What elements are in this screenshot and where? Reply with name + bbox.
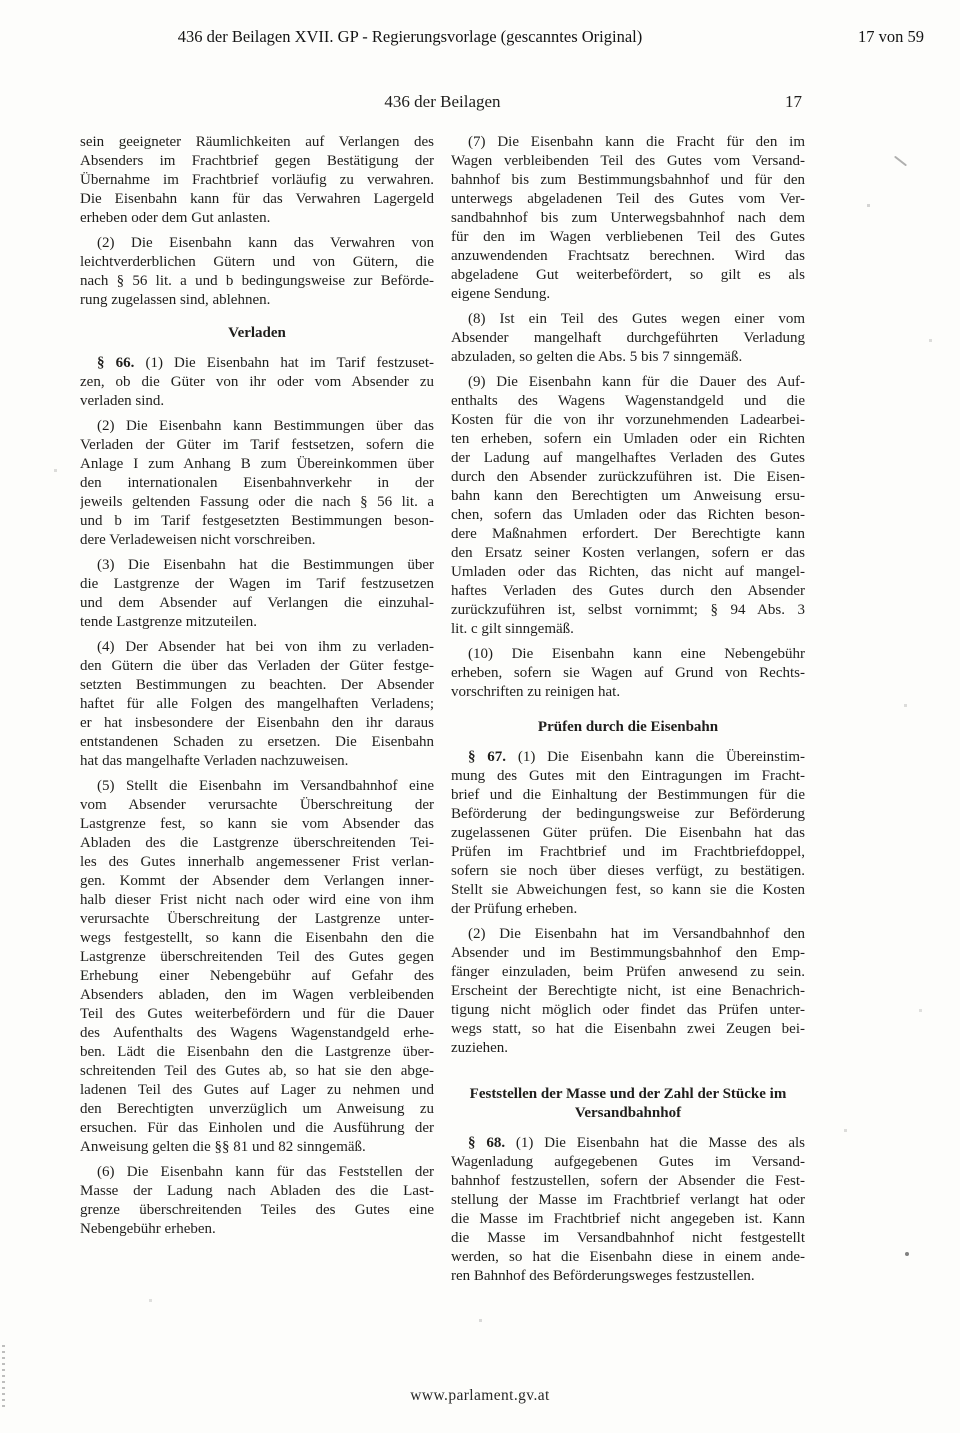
text-line: erheben, sofern sie Wagen auf Grund von …	[451, 664, 805, 683]
text-line: leichtverderblichen Gütern und von Güter…	[80, 253, 434, 272]
section-number: § 66.	[97, 355, 145, 371]
text-line: abzuladen, so gelten die Abs. 5 bis 7 si…	[451, 348, 805, 367]
text-line: ren Bahnhof des Beförderungsweges festzu…	[451, 1267, 805, 1286]
text-line: haftet für alle Folgen des mangelhaften …	[80, 695, 434, 714]
text-line: Erscheint der Berechtigte nicht, ist ein…	[451, 982, 805, 1001]
text-line: (7) Die Eisenbahn kann die Fracht für de…	[451, 133, 805, 152]
text-line: die Masse im Frachtbrief nicht angegeben…	[451, 1210, 805, 1229]
text-line: (3) Die Eisenbahn hat die Bestimmungen ü…	[80, 556, 434, 575]
text-line: Absenders abladen, den im Wagen verbleib…	[80, 986, 434, 1005]
scan-artifact-dot	[905, 1252, 909, 1256]
text-line: dere Maßnahmen erfordert. Der Berechtigt…	[451, 525, 805, 544]
text-line: Verladen	[80, 324, 434, 343]
text-line: sein geeigneter Räumlichkeiten auf Verla…	[80, 133, 434, 152]
text-line: dere Verladeweisen nicht vorschreiben.	[80, 531, 434, 550]
text-line: nach § 56 lit. a und b bedingungsweise z…	[80, 272, 434, 291]
text-line: erheben oder dem Gut anlasten.	[80, 209, 434, 228]
text-line: verursachte Überschreitung der Lastgrenz…	[80, 910, 434, 929]
text-line: Prüfen durch die Eisenbahn	[451, 718, 805, 737]
text-line: die Lastgrenze der Wagen im Tarif festzu…	[80, 575, 434, 594]
text-line: Anlage I zum Anhang B zum Übereinkommen …	[80, 455, 434, 474]
text-line: entstandenen Schaden zu ersetzen. Die Ei…	[80, 733, 434, 752]
text-line: Lastgrenze fest, so kann sie vom Absende…	[80, 815, 434, 834]
scan-artifact-slash	[894, 156, 907, 167]
paragraph: (2) Die Eisenbahn kann Bestimmungen über…	[80, 417, 434, 550]
text-line: (9) Die Eisenbahn kann für die Dauer des…	[451, 373, 805, 392]
text-line: ben. Lädt die Eisenbahn den die Lastgren…	[80, 1043, 434, 1062]
text-line: den Gütern die über das Verladen der Güt…	[80, 657, 434, 676]
text-line: sofern sie noch über dieses verfügt, zu …	[451, 862, 805, 881]
text-line: lit. c gilt sinngemäß.	[451, 620, 805, 639]
text-line: Kosten für die von ihr vorzunehmenden La…	[451, 411, 805, 430]
text-line: Übernahme im Frachtbrief vorläufig zu ve…	[80, 171, 434, 190]
paragraph: § 67. (1) Die Eisenbahn kann die Überein…	[451, 748, 805, 919]
section-number: § 67.	[468, 749, 518, 765]
text-line: der Ladung auf mangelhaftes Verladen des…	[451, 449, 805, 468]
paragraph: (2) Die Eisenbahn hat im Versandbahnhof …	[451, 925, 805, 1058]
text-line: hat das mangelhafte Verladen nachzuweise…	[80, 752, 434, 771]
paragraph: (8) Ist ein Teil des Gutes wegen einer v…	[451, 310, 805, 367]
text-line: (5) Stellt die Eisenbahn im Versandbahnh…	[80, 777, 434, 796]
scan-header: 436 der Beilagen XVII. GP - Regierungsvo…	[0, 27, 960, 49]
text-line: verladen sind.	[80, 392, 434, 411]
section-heading: Feststellen der Masse und der Zahl der S…	[451, 1085, 805, 1123]
text-line: wegs festgestellt, so kann die Eisenbahn…	[80, 929, 434, 948]
text-line: rung zugelassen sind, ablehnen.	[80, 291, 434, 310]
text-line: gen. Kommt der Absender dem Verlangen in…	[80, 872, 434, 891]
text-line: jeweils geltenden Fassung oder die nach …	[80, 493, 434, 512]
text-line: (2) Die Eisenbahn hat im Versandbahnhof …	[451, 925, 805, 944]
page-header-title: 436 der Beilagen	[80, 92, 805, 112]
text-line: Abladen des die Lastgrenze überschreiten…	[80, 834, 434, 853]
text-body: sein geeigneter Räumlichkeiten auf Verla…	[80, 133, 805, 1292]
page-number: 17	[785, 92, 802, 112]
section-number: § 68.	[468, 1135, 516, 1151]
text-line: zugelassenen Güter prüfen. Die Eisenbahn…	[451, 824, 805, 843]
scan-artifact-specks	[0, 0, 1, 1]
text-line: § 67. (1) Die Eisenbahn kann die Überein…	[451, 748, 805, 767]
text-line: zurückzuführen ist, selbst vornimmt; § 9…	[451, 601, 805, 620]
text-line: § 66. (1) Die Eisenbahn hat im Tarif fes…	[80, 354, 434, 373]
text-line: des Aufenthalts des Wagens Wagenstandgel…	[80, 1024, 434, 1043]
text-line: Lastgrenze überschreitenden Teil des Gut…	[80, 948, 434, 967]
right-column: (7) Die Eisenbahn kann die Fracht für de…	[451, 133, 805, 1292]
text-line: wegs statt, so hat die Eisenbahn zwei Ze…	[451, 1020, 805, 1039]
left-column: sein geeigneter Räumlichkeiten auf Verla…	[80, 133, 434, 1245]
text-line: bahnhof festzustellen, sofern der Absend…	[451, 1172, 805, 1191]
text-line: tende Lastgrenze mitzuteilen.	[80, 613, 434, 632]
text-line: für den im Wagen verbliebenen Teil des G…	[451, 228, 805, 247]
text-line: Beförderung der bedingungsweise zur Befö…	[451, 805, 805, 824]
text-line: sandbahnhof bis zum Unterwegsbahnhof nac…	[451, 209, 805, 228]
text-line: bahn kann den Berechtigten um Anweisung …	[451, 487, 805, 506]
footer-url: www.parlament.gv.at	[410, 1387, 549, 1404]
scan-header-page-info: 17 von 59	[858, 27, 924, 47]
text-line: werden, so hat die Eisenbahn diese in ei…	[451, 1248, 805, 1267]
text-line: den internationalen Eisenbahnverkehr in …	[80, 474, 434, 493]
text-line: und b im Tarif festgesetzten Bestimmunge…	[80, 512, 434, 531]
text-line: er hat insbesondere der Eisenbahn den ih…	[80, 714, 434, 733]
text-line: (4) Der Absender hat bei von ihm zu verl…	[80, 638, 434, 657]
text-line: enthalts des Wagens Wagenstandgeld und d…	[451, 392, 805, 411]
text-line: die Masse im Versandbahnhof nicht festge…	[451, 1229, 805, 1248]
text-line: Umladen oder das Richten, das nicht auf …	[451, 563, 805, 582]
text-line: Stellt sie Abweichungen fest, so kann si…	[451, 881, 805, 900]
paragraph: § 66. (1) Die Eisenbahn hat im Tarif fes…	[80, 354, 434, 411]
footer: www.parlament.gv.at	[0, 1387, 960, 1405]
text-line: den Ersatz seiner Kosten verlangen, sofe…	[451, 544, 805, 563]
text-line: (8) Ist ein Teil des Gutes wegen einer v…	[451, 310, 805, 329]
text-line: unterwegs abgeladenen Teil des Gutes vom…	[451, 190, 805, 209]
text-line: vorschriften zu reinigen hat.	[451, 683, 805, 702]
text-line: Wagen verbleibenden Teil des Gutes vom V…	[451, 152, 805, 171]
text-line: Feststellen der Masse und der Zahl der S…	[451, 1085, 805, 1104]
text-line: Absender mangelhaft durchgeführten Verla…	[451, 329, 805, 348]
text-line: les des Gutes innerhalb angemessener Fri…	[80, 853, 434, 872]
paragraph: (7) Die Eisenbahn kann die Fracht für de…	[451, 133, 805, 304]
text-line: Erhebung einer Nebengebühr auf Gefahr de…	[80, 967, 434, 986]
text-line: abgeladene Gut weiterbefördert, so gilt …	[451, 266, 805, 285]
text-line: und dem Absender auf Verlangen die einzu…	[80, 594, 434, 613]
text-line: ersuchen. Für das Einholen und die Ausfü…	[80, 1119, 434, 1138]
paragraph: sein geeigneter Räumlichkeiten auf Verla…	[80, 133, 434, 228]
text-line: den Berechtigten unverzüglich um Anweisu…	[80, 1100, 434, 1119]
paragraph: (9) Die Eisenbahn kann für die Dauer des…	[451, 373, 805, 639]
text-line: durch den Absender zurückzuführen ist. D…	[451, 468, 805, 487]
text-line: Masse der Ladung nach Abladen des die La…	[80, 1182, 434, 1201]
text-line: Verladen der Güter im Tarif festsetzen, …	[80, 436, 434, 455]
text-line: (2) Die Eisenbahn kann das Verwahren von	[80, 234, 434, 253]
text-line: Absender und im Bestimmungsbahnhof den E…	[451, 944, 805, 963]
text-line: § 68. (1) Die Eisenbahn hat die Masse de…	[451, 1134, 805, 1153]
text-line: Anweisung gelten die §§ 81 und 82 sinnge…	[80, 1138, 434, 1157]
text-line: zen, ob die Güter von ihr oder vom Absen…	[80, 373, 434, 392]
text-line: setzten Bestimmungen zu beachten. Der Ab…	[80, 676, 434, 695]
text-line: ladenen Teil des Gutes auf Lager zu nehm…	[80, 1081, 434, 1100]
scan-header-title: 436 der Beilagen XVII. GP - Regierungsvo…	[0, 27, 820, 47]
page-header: 436 der Beilagen 17	[80, 92, 805, 112]
paragraph: § 68. (1) Die Eisenbahn hat die Masse de…	[451, 1134, 805, 1286]
text-line: stellung der Masse im Frachtbrief verlan…	[451, 1191, 805, 1210]
text-line: eigene Sendung.	[451, 285, 805, 304]
text-line: mung des Gutes mit den Eintragungen im F…	[451, 767, 805, 786]
text-line: haftes Verladen des Gutes durch den Abse…	[451, 582, 805, 601]
paragraph: (2) Die Eisenbahn kann das Verwahren von…	[80, 234, 434, 310]
text-line: Prüfen im Frachtbrief und im Frachtbrief…	[451, 843, 805, 862]
section-heading: Prüfen durch die Eisenbahn	[451, 718, 805, 737]
text-line: Nebengebühr erheben.	[80, 1220, 434, 1239]
paragraph: (6) Die Eisenbahn kann für das Feststell…	[80, 1163, 434, 1239]
paragraph: (10) Die Eisenbahn kann eine Nebengebühr…	[451, 645, 805, 702]
text-line: Die Eisenbahn kann für das Verwahren Lag…	[80, 190, 434, 209]
text-line: zuziehen.	[451, 1039, 805, 1058]
text-line: brief und die Einhaltung der Bestimmunge…	[451, 786, 805, 805]
text-line: Wagenladung aufgegebenen Gutes im Versan…	[451, 1153, 805, 1172]
text-line: vom Absender verursachte Überschreitung …	[80, 796, 434, 815]
text-line: fänger einzuladen, beim Prüfen anwesend …	[451, 963, 805, 982]
paragraph: (4) Der Absender hat bei von ihm zu verl…	[80, 638, 434, 771]
text-line: halb dieser Frist nicht nach oder wird e…	[80, 891, 434, 910]
text-line: chen, sofern das Umladen oder das Richte…	[451, 506, 805, 525]
text-line: bahnhof bis zum Bestimmungsbahnhof und f…	[451, 171, 805, 190]
paragraph: (3) Die Eisenbahn hat die Bestimmungen ü…	[80, 556, 434, 632]
text-line: grenze überschreitenden Teiles des Gutes…	[80, 1201, 434, 1220]
text-line: (2) Die Eisenbahn kann Bestimmungen über…	[80, 417, 434, 436]
text-line: der Prüfung erheben.	[451, 900, 805, 919]
text-line: tigung nicht möglich oder findet das Prü…	[451, 1001, 805, 1020]
text-line: (10) Die Eisenbahn kann eine Nebengebühr	[451, 645, 805, 664]
text-line: ten erheben, sofern ein Umladen oder ein…	[451, 430, 805, 449]
text-line: anzuwendenden Frachtsatz berechnen. Wird…	[451, 247, 805, 266]
text-line: Teil des Gutes weiterbefördern und für d…	[80, 1005, 434, 1024]
text-line: (6) Die Eisenbahn kann für das Feststell…	[80, 1163, 434, 1182]
text-line: Absenders im Frachtbrief gegen Bestätigu…	[80, 152, 434, 171]
text-line: schreitenden Teil des Gutes ab, so hat s…	[80, 1062, 434, 1081]
scanned-document-page: 436 der Beilagen XVII. GP - Regierungsvo…	[0, 0, 960, 1433]
paragraph: (5) Stellt die Eisenbahn im Versandbahnh…	[80, 777, 434, 1157]
text-line: Versandbahnhof	[451, 1104, 805, 1123]
section-heading: Verladen	[80, 324, 434, 343]
